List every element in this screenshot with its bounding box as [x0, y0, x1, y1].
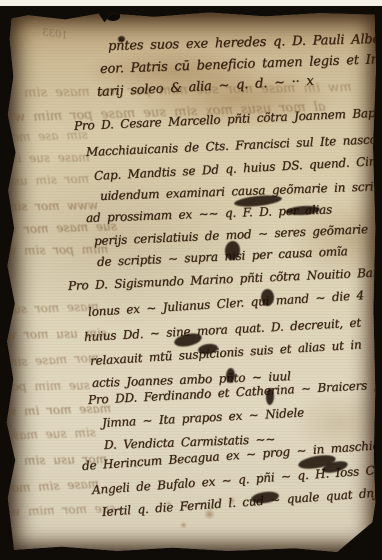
ink-blot [261, 289, 274, 306]
bleedthrough-line: mim por sim w [6, 243, 109, 257]
manuscript-line: Macchiauicanis de Cts. Francisci sul Ite… [86, 131, 382, 158]
manuscript-line: Cap. Mandtis se Dd q. huius DS. quend. C… [94, 153, 382, 182]
bleedthrough-line: mase sim mor [6, 478, 100, 495]
bleedthrough-line: www mor sim [6, 199, 98, 213]
photo-background: 1033 mw im mase mor sue mim por ww mase … [0, 0, 382, 560]
bleedthrough-line: sim sue mase [6, 426, 96, 441]
manuscript-page: 1033 mw im mase mor sue mim por ww mase … [6, 12, 376, 552]
manuscript-line: eor. Patris cū beneficio tamen legis et … [100, 52, 382, 76]
ink-blot [266, 388, 275, 405]
manuscript-line: Jimna ~ Ita prapos ex ~ Nidele [102, 406, 305, 429]
scan-mat-edge [0, 0, 382, 6]
archival-number: 1033 [41, 28, 68, 41]
bleedthrough-line: mase sue im [6, 151, 90, 164]
bleedthrough-line: mase mor sue [6, 300, 99, 315]
bleedthrough-line: sue mor mim w [10, 502, 116, 518]
manuscript-line: Pro D. Sigismundo Marino pñti cõtra Noui… [68, 266, 382, 292]
paper-tear-notch [106, 12, 120, 21]
manuscript-line: relaxauit mtũ suspicionis suis et alias … [90, 338, 362, 367]
bleedthrough-line: sue mim por [6, 379, 90, 392]
bleedthrough-line: mor sim usu [6, 173, 89, 188]
bleedthrough-line: mor mase sim [6, 352, 100, 369]
manuscript-line: pñtes suos exe heredes q. D. Pauli Alber… [108, 32, 382, 53]
manuscript-line: de scriptis ~ supra nisi per causa omĩa [97, 245, 348, 268]
manuscript-line: lonus ex ~ Julianus Cler. qui mand ~ die… [88, 289, 365, 318]
ink-blot [118, 36, 125, 42]
